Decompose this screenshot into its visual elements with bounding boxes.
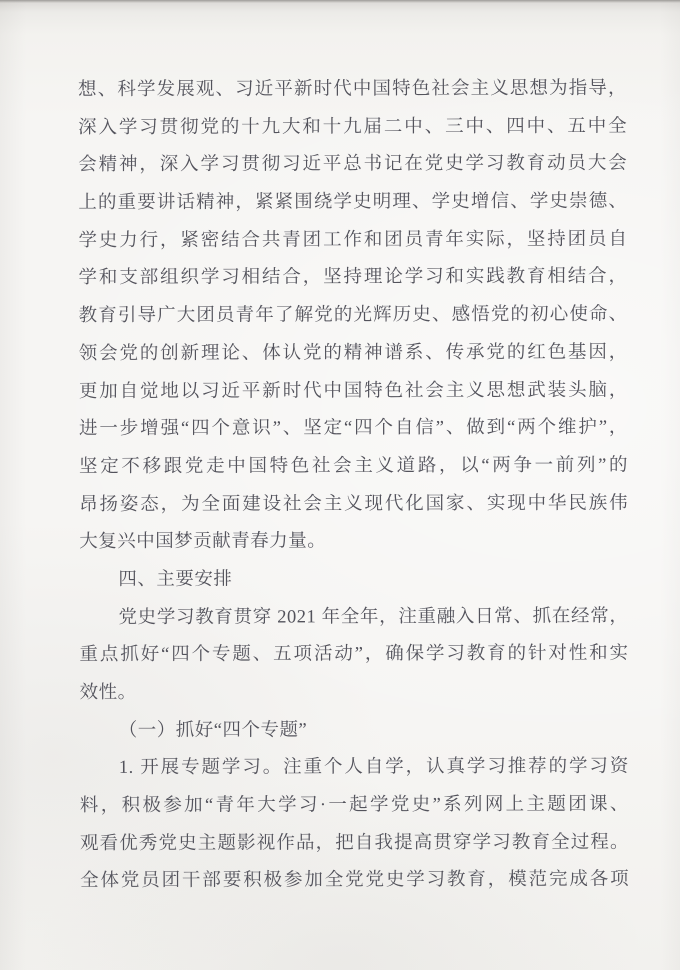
text-line: 效性。 xyxy=(80,674,629,713)
text-line: 领会党的创新理论、体认党的精神谱系、传承党的红色基因， xyxy=(79,334,628,373)
text-line: 昂扬姿态，为全面建设社会主义现代化国家、实现中华民族伟 xyxy=(79,485,628,524)
text-line: 大复兴中国梦贡献青春力量。 xyxy=(79,523,628,562)
text-line: 全体党员团干部要积极参加全党党史学习教育，模范完成各项 xyxy=(80,862,629,901)
scanned-page: 想、科学发展观、习近平新时代中国特色社会主义思想为指导， 深入学习贯彻党的十九大… xyxy=(0,0,680,970)
text-line: 上的重要讲话精神，紧紧围绕学史明理、学史增信、学史崇德、 xyxy=(78,184,627,223)
text-line: 党史学习教育贯穿 2021 年全年，注重融入日常、抓在经常， xyxy=(79,598,628,637)
subsection-heading-line: （一）抓好“四个专题” xyxy=(80,711,629,750)
text-line: 进一步增强“四个意识”、坚定“四个自信”、做到“两个维护”， xyxy=(79,410,628,449)
text-line: 料，积极参加“青年大学习·一起学党史”系列网上主题团课、 xyxy=(80,787,629,826)
text-line: 想、科学发展观、习近平新时代中国特色社会主义思想为指导， xyxy=(78,71,627,110)
text-line: 教育引导广大团员青年了解党的光辉历史、感悟党的初心使命、 xyxy=(79,297,628,336)
text-line: 更加自觉地以习近平新时代中国特色社会主义思想武装头脑， xyxy=(79,372,628,411)
text-line: 会精神，深入学习贯彻习近平总书记在党史学习教育动员大会 xyxy=(78,146,627,185)
text-line: 深入学习贯彻党的十九大和十九届二中、三中、四中、五中全 xyxy=(78,108,627,147)
text-line: 观看优秀党史主题影视作品，把自我提高贯穿学习教育全过程。 xyxy=(80,824,629,863)
text-line: 坚定不移跟党走中国特色社会主义道路，以“两争一前列”的 xyxy=(79,447,628,486)
text-line: 学史力行，紧密结合共青团工作和团员青年实际，坚持团员自 xyxy=(78,221,627,260)
section-heading-line: 四、主要安排 xyxy=(79,560,628,599)
numbered-item-line: 1. 开展专题学习。注重个人自学，认真学习推荐的学习资 xyxy=(80,749,629,788)
text-line: 重点抓好“四个专题、五项活动”，确保学习教育的针对性和实 xyxy=(79,636,628,675)
document-text: 想、科学发展观、习近平新时代中国特色社会主义思想为指导， 深入学习贯彻党的十九大… xyxy=(78,71,629,902)
text-line: 学和支部组织学习相结合，坚持理论学习和实践教育相结合， xyxy=(78,259,627,298)
